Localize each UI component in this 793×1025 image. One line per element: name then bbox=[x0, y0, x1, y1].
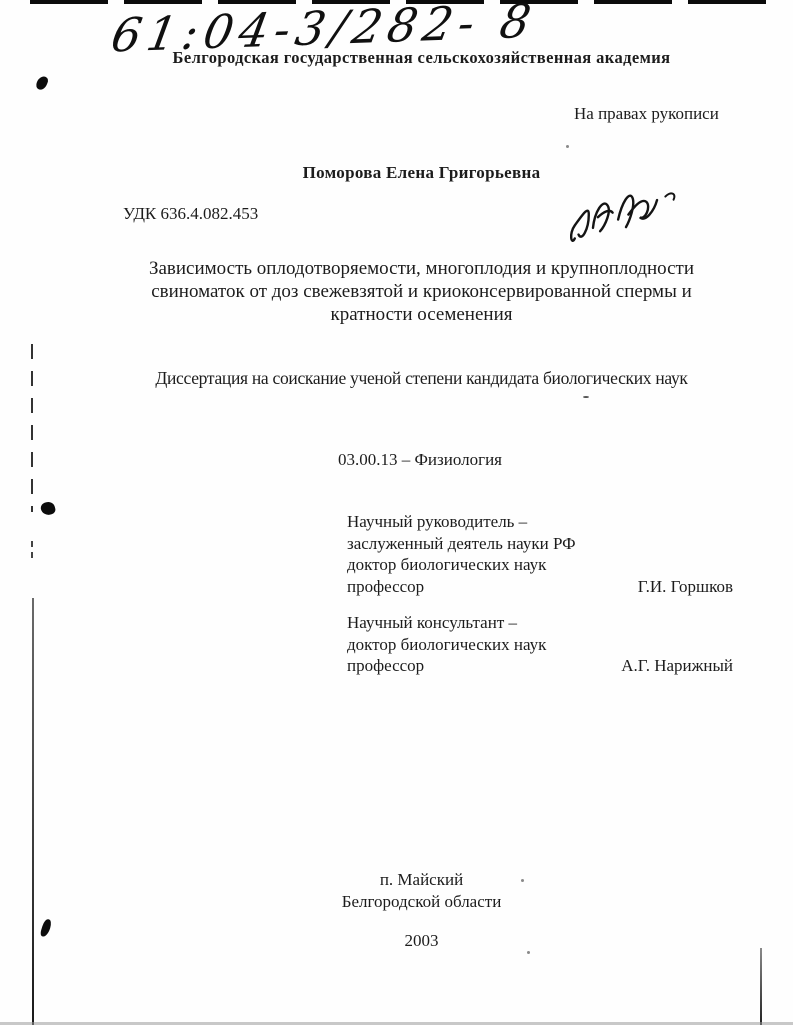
thesis-type-line: Диссертация на соискание ученой степени … bbox=[65, 368, 778, 389]
scan-speck bbox=[566, 145, 569, 148]
udc-code: УДК 636.4.082.453 bbox=[123, 204, 258, 224]
signature-handwriting bbox=[561, 174, 689, 254]
place-line-2: Белгородской области bbox=[65, 891, 778, 913]
scan-speck bbox=[527, 951, 530, 954]
specialty-code: 03.00.13 – Физиология bbox=[338, 450, 502, 470]
consultant-block: Научный консультант – доктор биологическ… bbox=[347, 612, 733, 677]
scan-speck bbox=[521, 879, 524, 882]
dissertation-title: Зависимость оплодотворяемости, многоплод… bbox=[65, 257, 778, 326]
consultant-prof-row: профессор А.Г. Нарижный bbox=[347, 655, 733, 677]
consultant-name: А.Г. Нарижный bbox=[621, 655, 733, 677]
title-line-3: кратности осеменения bbox=[65, 303, 778, 326]
place-block: п. Майский Белгородской области bbox=[65, 869, 778, 913]
fold-line-dashed-upper bbox=[31, 344, 33, 512]
scanned-page: 61:04-3/282- 8 Белгородская государствен… bbox=[0, 0, 793, 1025]
fold-line-solid-lower bbox=[32, 598, 34, 1025]
supervisor-title: профессор bbox=[347, 576, 424, 598]
supervisor-block: Научный руководитель – заслуженный деяте… bbox=[347, 511, 733, 597]
supervisor-line-1: Научный руководитель – bbox=[347, 511, 733, 533]
fold-line-dashed-small bbox=[31, 541, 33, 561]
consultant-title: профессор bbox=[347, 655, 424, 677]
supervisor-name: Г.И. Горшков bbox=[638, 576, 733, 598]
ink-mark-bottom bbox=[40, 918, 53, 938]
ink-blob-middle bbox=[40, 500, 57, 516]
fold-line-right bbox=[760, 948, 762, 1025]
manuscript-rights-note: На правах рукописи bbox=[574, 104, 719, 124]
ink-blob-top bbox=[35, 75, 50, 92]
title-line-2: свиноматок от доз свежевзятой и криоконс… bbox=[65, 280, 778, 303]
consultant-line-1: Научный консультант – bbox=[347, 612, 733, 634]
institution-name: Белгородская государственная сельскохозя… bbox=[65, 48, 778, 68]
scan-speck bbox=[583, 396, 589, 398]
title-line-1: Зависимость оплодотворяемости, многоплод… bbox=[65, 257, 778, 280]
consultant-line-2: доктор биологических наук bbox=[347, 634, 733, 656]
year-line: 2003 bbox=[65, 931, 778, 951]
supervisor-prof-row: профессор Г.И. Горшков bbox=[347, 576, 733, 598]
supervisor-line-2: заслуженный деятель науки РФ bbox=[347, 533, 733, 555]
supervisor-line-3: доктор биологических наук bbox=[347, 554, 733, 576]
place-line-1: п. Майский bbox=[65, 869, 778, 891]
